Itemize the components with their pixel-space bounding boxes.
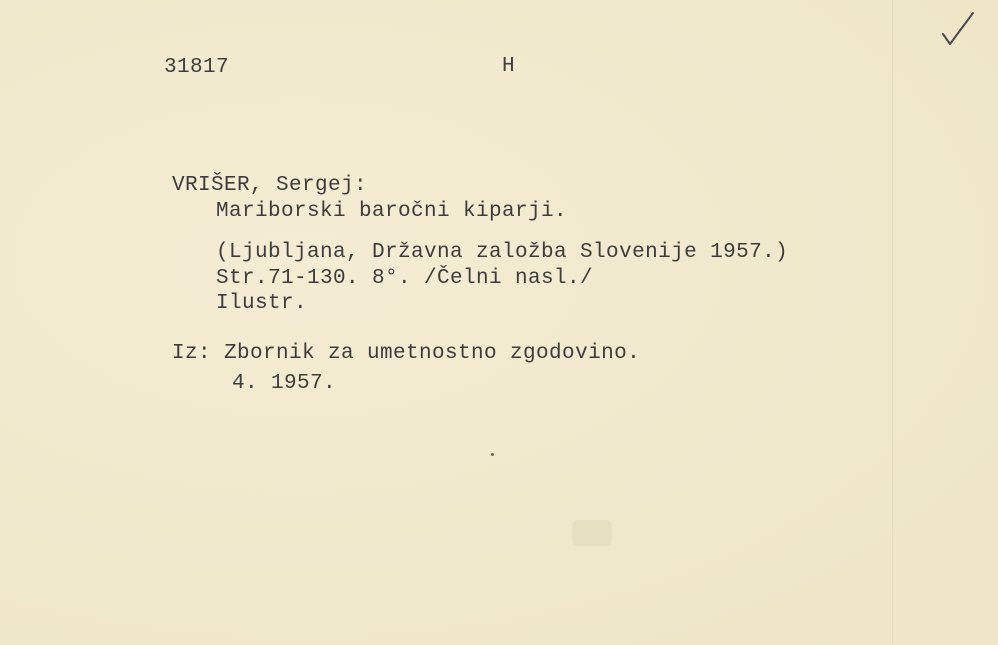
ink-speck — [491, 453, 494, 456]
location-mark: H — [502, 56, 515, 77]
call-number: 31817 — [164, 57, 229, 78]
checkmark-icon — [940, 10, 976, 48]
collation-line: Str.71-130. 8°. /Čelni nasl./ — [216, 268, 593, 289]
author-heading: VRIŠER, Sergej: — [172, 175, 367, 196]
catalog-card: 31817 H VRIŠER, Sergej: Mariborski baroč… — [0, 0, 998, 645]
card-margin-line — [892, 0, 893, 645]
source-note: Iz: Zbornik za umetnostno zgodovino. — [172, 343, 640, 364]
source-volume-year: 4. 1957. — [232, 373, 336, 394]
illustrations-note: Ilustr. — [216, 293, 307, 314]
publication-line: (Ljubljana, Državna založba Slovenije 19… — [216, 242, 788, 263]
faint-stamp-mark — [572, 520, 612, 546]
title-line: Mariborski baročni kiparji. — [216, 201, 567, 222]
